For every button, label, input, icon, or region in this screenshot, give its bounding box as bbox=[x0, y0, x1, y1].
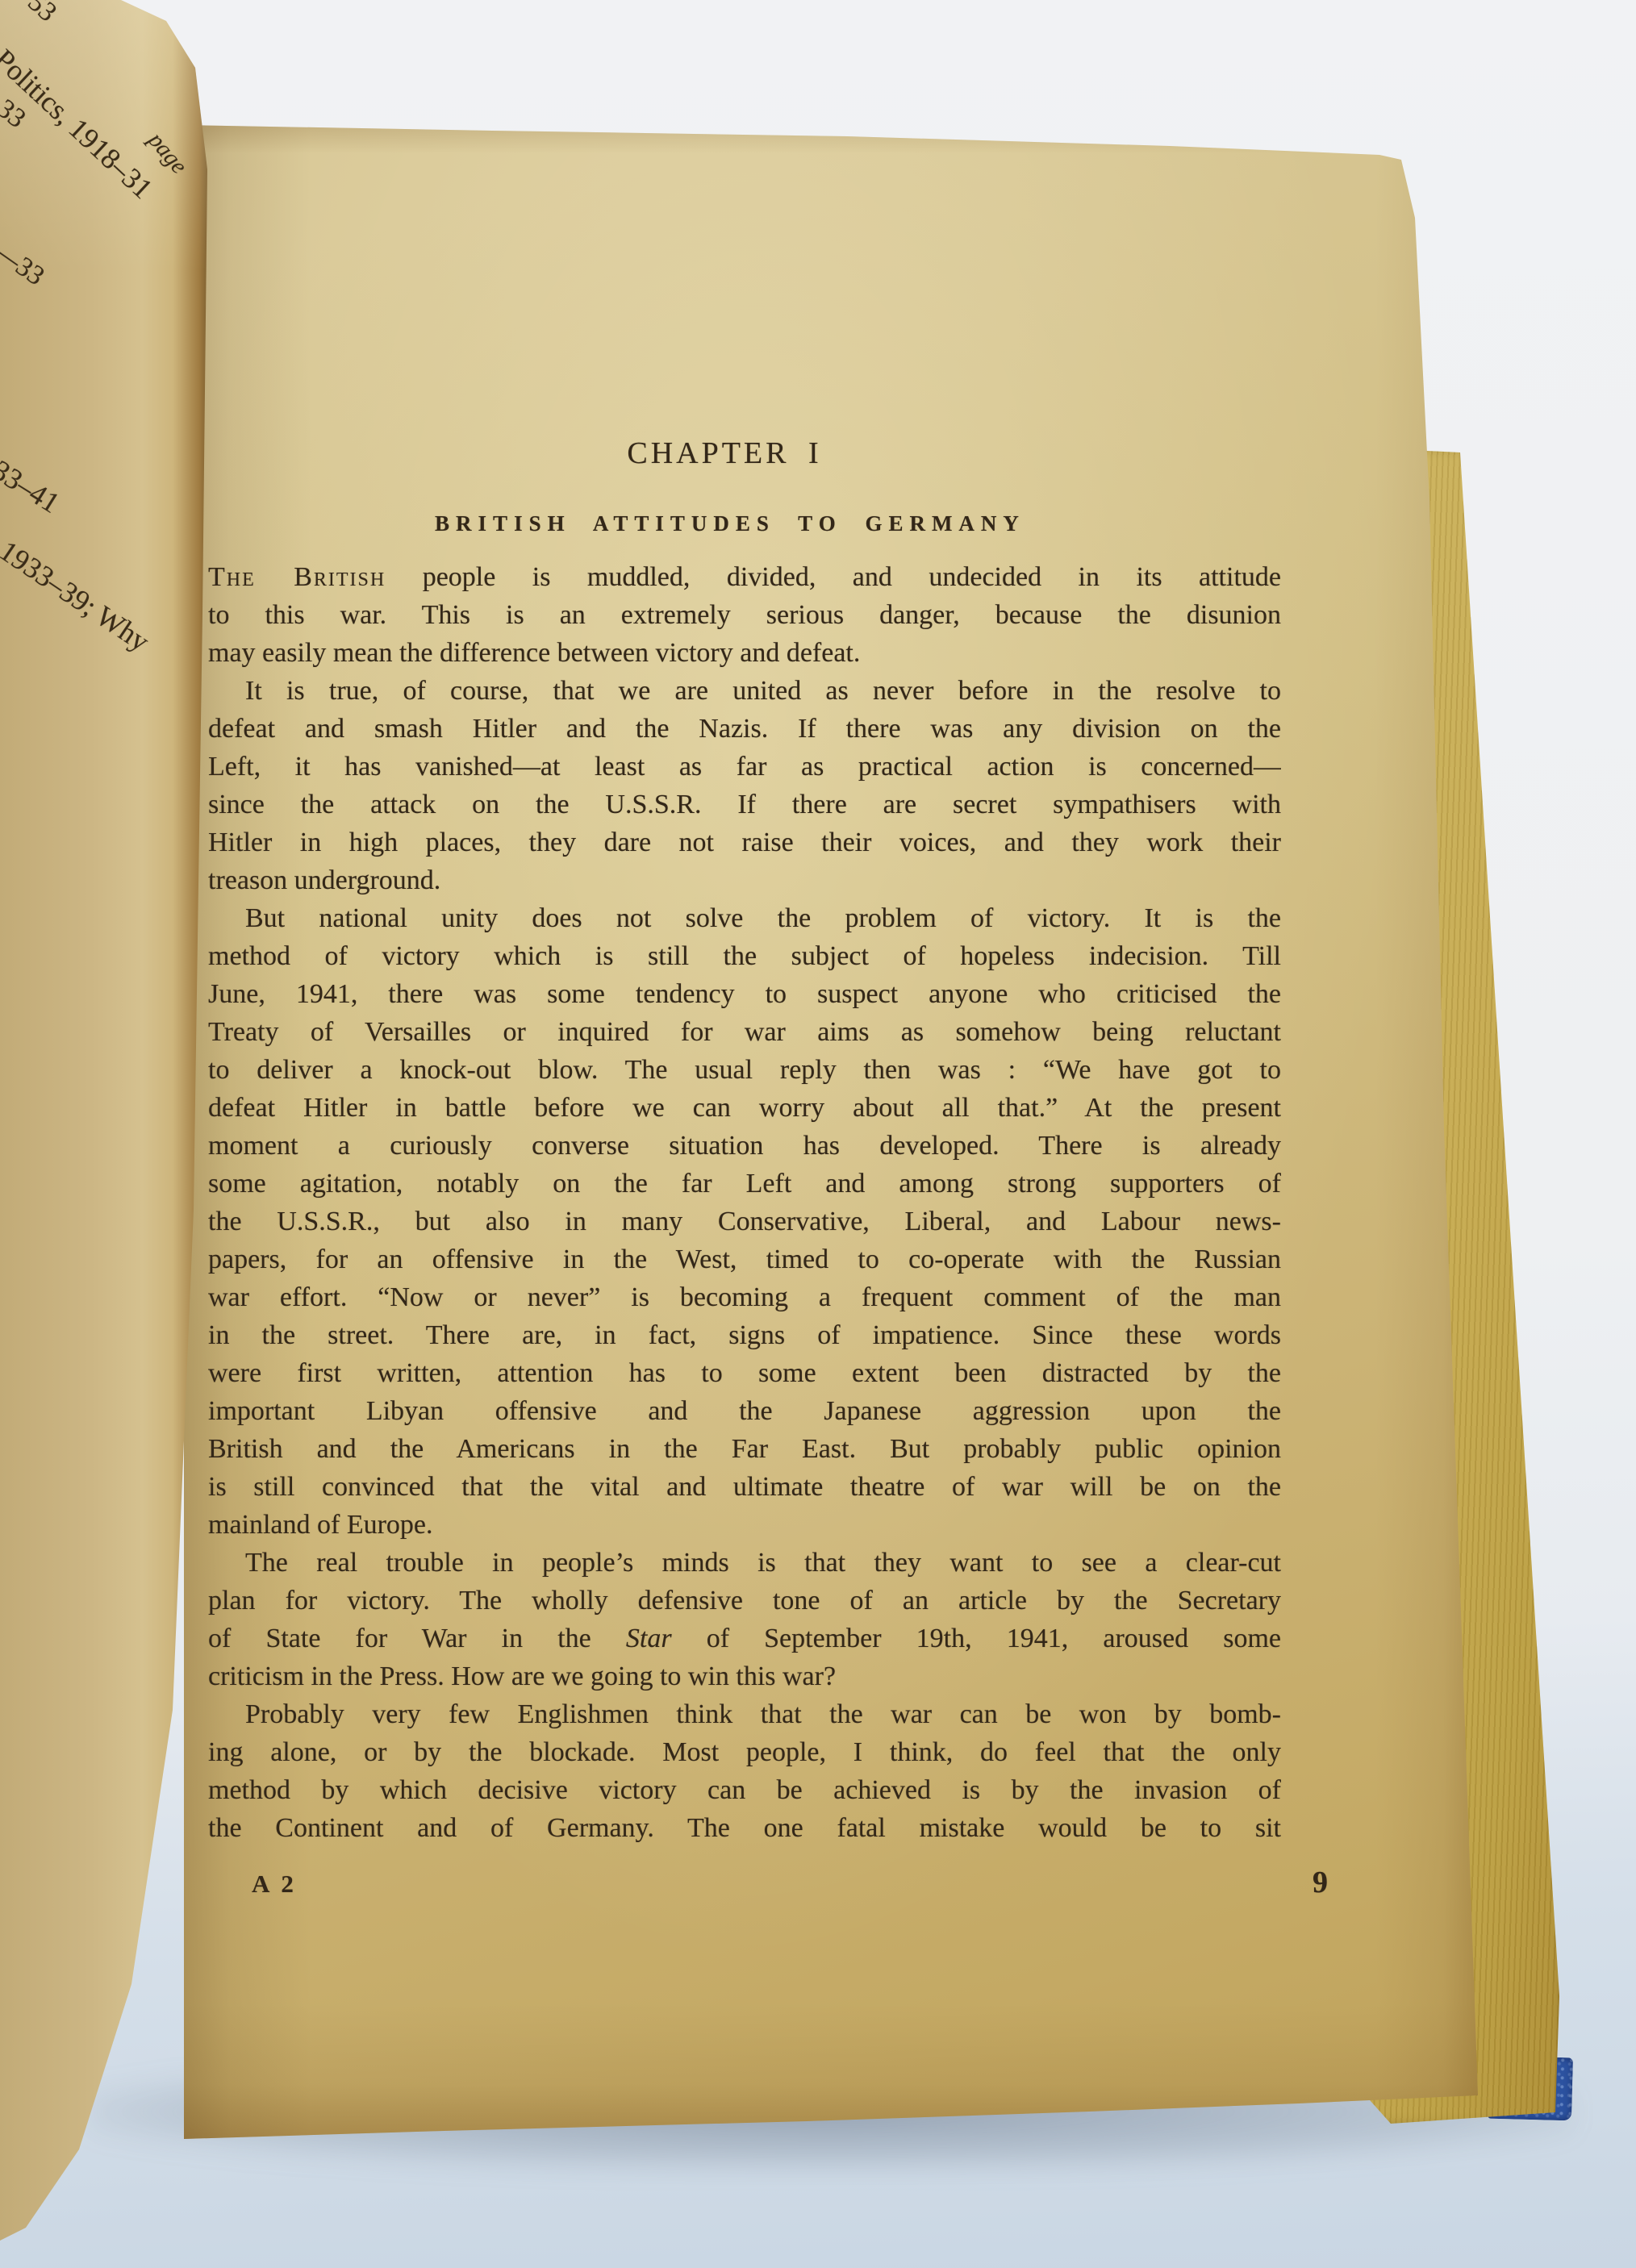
paragraph: It is true, of course, that we are unite… bbox=[208, 672, 1281, 899]
signature-mark: A 2 bbox=[208, 1870, 297, 1899]
text-line: criticism in the Press. How are we going… bbox=[208, 1657, 1281, 1695]
text-line: some agitation, notably on the far Left … bbox=[208, 1165, 1281, 1203]
text-segment: may easily mean the difference between v… bbox=[208, 638, 860, 668]
text-line: were first written, attention has to som… bbox=[208, 1354, 1281, 1392]
text-segment: defeat and smash Hitler and the Nazis. I… bbox=[208, 714, 1281, 744]
text-line: June, 1941, there was some tendency to s… bbox=[208, 975, 1281, 1013]
text-segment: method of victory which is still the sub… bbox=[208, 941, 1281, 971]
text-segment: Treaty of Versailles or inquired for war… bbox=[208, 1017, 1281, 1047]
text-line: British and the Americans in the Far Eas… bbox=[208, 1430, 1281, 1468]
text-line: war effort. “Now or never” is becoming a… bbox=[208, 1278, 1281, 1316]
text-segment: were first written, attention has to som… bbox=[208, 1358, 1281, 1388]
text-segment: of State for War in the bbox=[208, 1624, 626, 1653]
text-line: method of victory which is still the sub… bbox=[208, 937, 1281, 975]
text-segment: of September 19th, 1941, aroused some bbox=[672, 1624, 1281, 1653]
text-segment: is still convinced that the vital and ul… bbox=[208, 1472, 1281, 1502]
text-segment: some agitation, notably on the far Left … bbox=[208, 1169, 1281, 1199]
text-line: defeat and smash Hitler and the Nazis. I… bbox=[208, 710, 1281, 748]
text-segment: papers, for an offensive in the West, ti… bbox=[208, 1244, 1281, 1274]
paragraph: The real trouble in people’s minds is th… bbox=[208, 1544, 1281, 1695]
text-segment: It is true, of course, that we are unite… bbox=[245, 676, 1281, 706]
text-line: defeat Hitler in battle before we can wo… bbox=[208, 1089, 1281, 1127]
text-line: Left, it has vanished—at least as far as… bbox=[208, 748, 1281, 786]
text-segment: Left, it has vanished—at least as far as… bbox=[208, 752, 1281, 782]
text-line: plan for victory. The wholly defensive t… bbox=[208, 1582, 1281, 1620]
text-segment: since the attack on the U.S.S.R. If ther… bbox=[208, 790, 1281, 819]
book-photo: CHAPTER I BRITISH ATTITUDES TO GERMANY T… bbox=[0, 0, 1636, 2268]
chapter-subtitle: BRITISH ATTITUDES TO GERMANY bbox=[194, 511, 1267, 536]
text-segment: to this war. This is an extremely seriou… bbox=[208, 600, 1281, 630]
text-line: of State for War in the Star of Septembe… bbox=[208, 1620, 1281, 1657]
text-line: papers, for an offensive in the West, ti… bbox=[208, 1240, 1281, 1278]
recto-page: CHAPTER I BRITISH ATTITUDES TO GERMANY T… bbox=[121, 113, 1484, 2145]
text-segment: Star bbox=[626, 1624, 672, 1653]
text-segment: method by which decisive victory can be … bbox=[208, 1775, 1281, 1805]
text-segment: mainland of Europe. bbox=[208, 1510, 433, 1540]
text-line: in the street. There are, in fact, signs… bbox=[208, 1316, 1281, 1354]
text-segment: Probably very few Englishmen think that … bbox=[245, 1699, 1281, 1729]
text-line: But national unity does not solve the pr… bbox=[208, 899, 1281, 937]
body-text: The British people is muddled, divided, … bbox=[208, 558, 1281, 1847]
text-line: Hitler in high places, they dare not rai… bbox=[208, 823, 1281, 861]
text-segment: The real trouble in people’s minds is th… bbox=[245, 1548, 1281, 1578]
text-segment: treason underground. bbox=[208, 865, 440, 895]
text-line: important Libyan offensive and the Japan… bbox=[208, 1392, 1281, 1430]
text-line: to deliver a knock-out blow. The usual r… bbox=[208, 1051, 1281, 1089]
text-segment: plan for victory. The wholly defensive t… bbox=[208, 1586, 1281, 1616]
text-line: method by which decisive victory can be … bbox=[208, 1771, 1281, 1809]
text-segment: Hitler in high places, they dare not rai… bbox=[208, 828, 1281, 857]
text-line: the U.S.S.R., but also in many Conservat… bbox=[208, 1203, 1281, 1240]
text-segment: But national unity does not solve the pr… bbox=[245, 903, 1281, 933]
text-line: Probably very few Englishmen think that … bbox=[208, 1695, 1281, 1733]
page-footer: A 2 9 bbox=[208, 1865, 1328, 1900]
text-segment: ing alone, or by the blockade. Most peop… bbox=[208, 1737, 1281, 1767]
text-segment: criticism in the Press. How are we going… bbox=[208, 1661, 836, 1691]
index-fragment: 53 bbox=[22, 0, 63, 28]
text-line: moment a curiously converse situation ha… bbox=[208, 1127, 1281, 1165]
text-line: to this war. This is an extremely seriou… bbox=[208, 596, 1281, 634]
text-segment: people is muddled, divided, and undecide… bbox=[386, 562, 1281, 592]
text-segment: June, 1941, there was some tendency to s… bbox=[208, 979, 1281, 1009]
text-line: It is true, of course, that we are unite… bbox=[208, 672, 1281, 710]
text-line: Treaty of Versailles or inquired for war… bbox=[208, 1013, 1281, 1051]
index-fragment: t, 1933–39; Why bbox=[0, 521, 156, 658]
text-segment: war effort. “Now or never” is becoming a… bbox=[208, 1282, 1281, 1312]
paragraph: The British people is muddled, divided, … bbox=[208, 558, 1281, 672]
text-line: the Continent and of Germany. The one fa… bbox=[208, 1809, 1281, 1847]
text-line: since the attack on the U.S.S.R. If ther… bbox=[208, 786, 1281, 823]
index-fragment: —33 bbox=[0, 236, 50, 292]
text-segment: defeat Hitler in battle before we can wo… bbox=[208, 1093, 1281, 1123]
text-segment: the Continent and of Germany. The one fa… bbox=[208, 1813, 1281, 1843]
chapter-title: CHAPTER I bbox=[188, 436, 1261, 471]
text-segment: moment a curiously converse situation ha… bbox=[208, 1131, 1281, 1161]
text-line: ing alone, or by the blockade. Most peop… bbox=[208, 1733, 1281, 1771]
text-segment: the U.S.S.R., but also in many Conservat… bbox=[208, 1207, 1281, 1236]
text-segment: to deliver a knock-out blow. The usual r… bbox=[208, 1055, 1281, 1085]
index-fragment: 933–41 bbox=[0, 445, 66, 520]
page-number: 9 bbox=[1313, 1865, 1328, 1900]
paragraph: But national unity does not solve the pr… bbox=[208, 899, 1281, 1544]
text-segment: The British bbox=[208, 562, 386, 592]
text-line: The British people is muddled, divided, … bbox=[208, 558, 1281, 596]
turning-page: 53 r Politics, 1918–31 page 33 —33 933–4… bbox=[0, 0, 216, 2268]
text-line: mainland of Europe. bbox=[208, 1506, 1281, 1544]
text-line: treason underground. bbox=[208, 861, 1281, 899]
text-line: is still convinced that the vital and ul… bbox=[208, 1468, 1281, 1506]
text-segment: British and the Americans in the Far Eas… bbox=[208, 1434, 1281, 1464]
text-line: may easily mean the difference between v… bbox=[208, 634, 1281, 672]
text-segment: in the street. There are, in fact, signs… bbox=[208, 1320, 1281, 1350]
text-line: The real trouble in people’s minds is th… bbox=[208, 1544, 1281, 1582]
paragraph: Probably very few Englishmen think that … bbox=[208, 1695, 1281, 1847]
text-segment: important Libyan offensive and the Japan… bbox=[208, 1396, 1281, 1426]
